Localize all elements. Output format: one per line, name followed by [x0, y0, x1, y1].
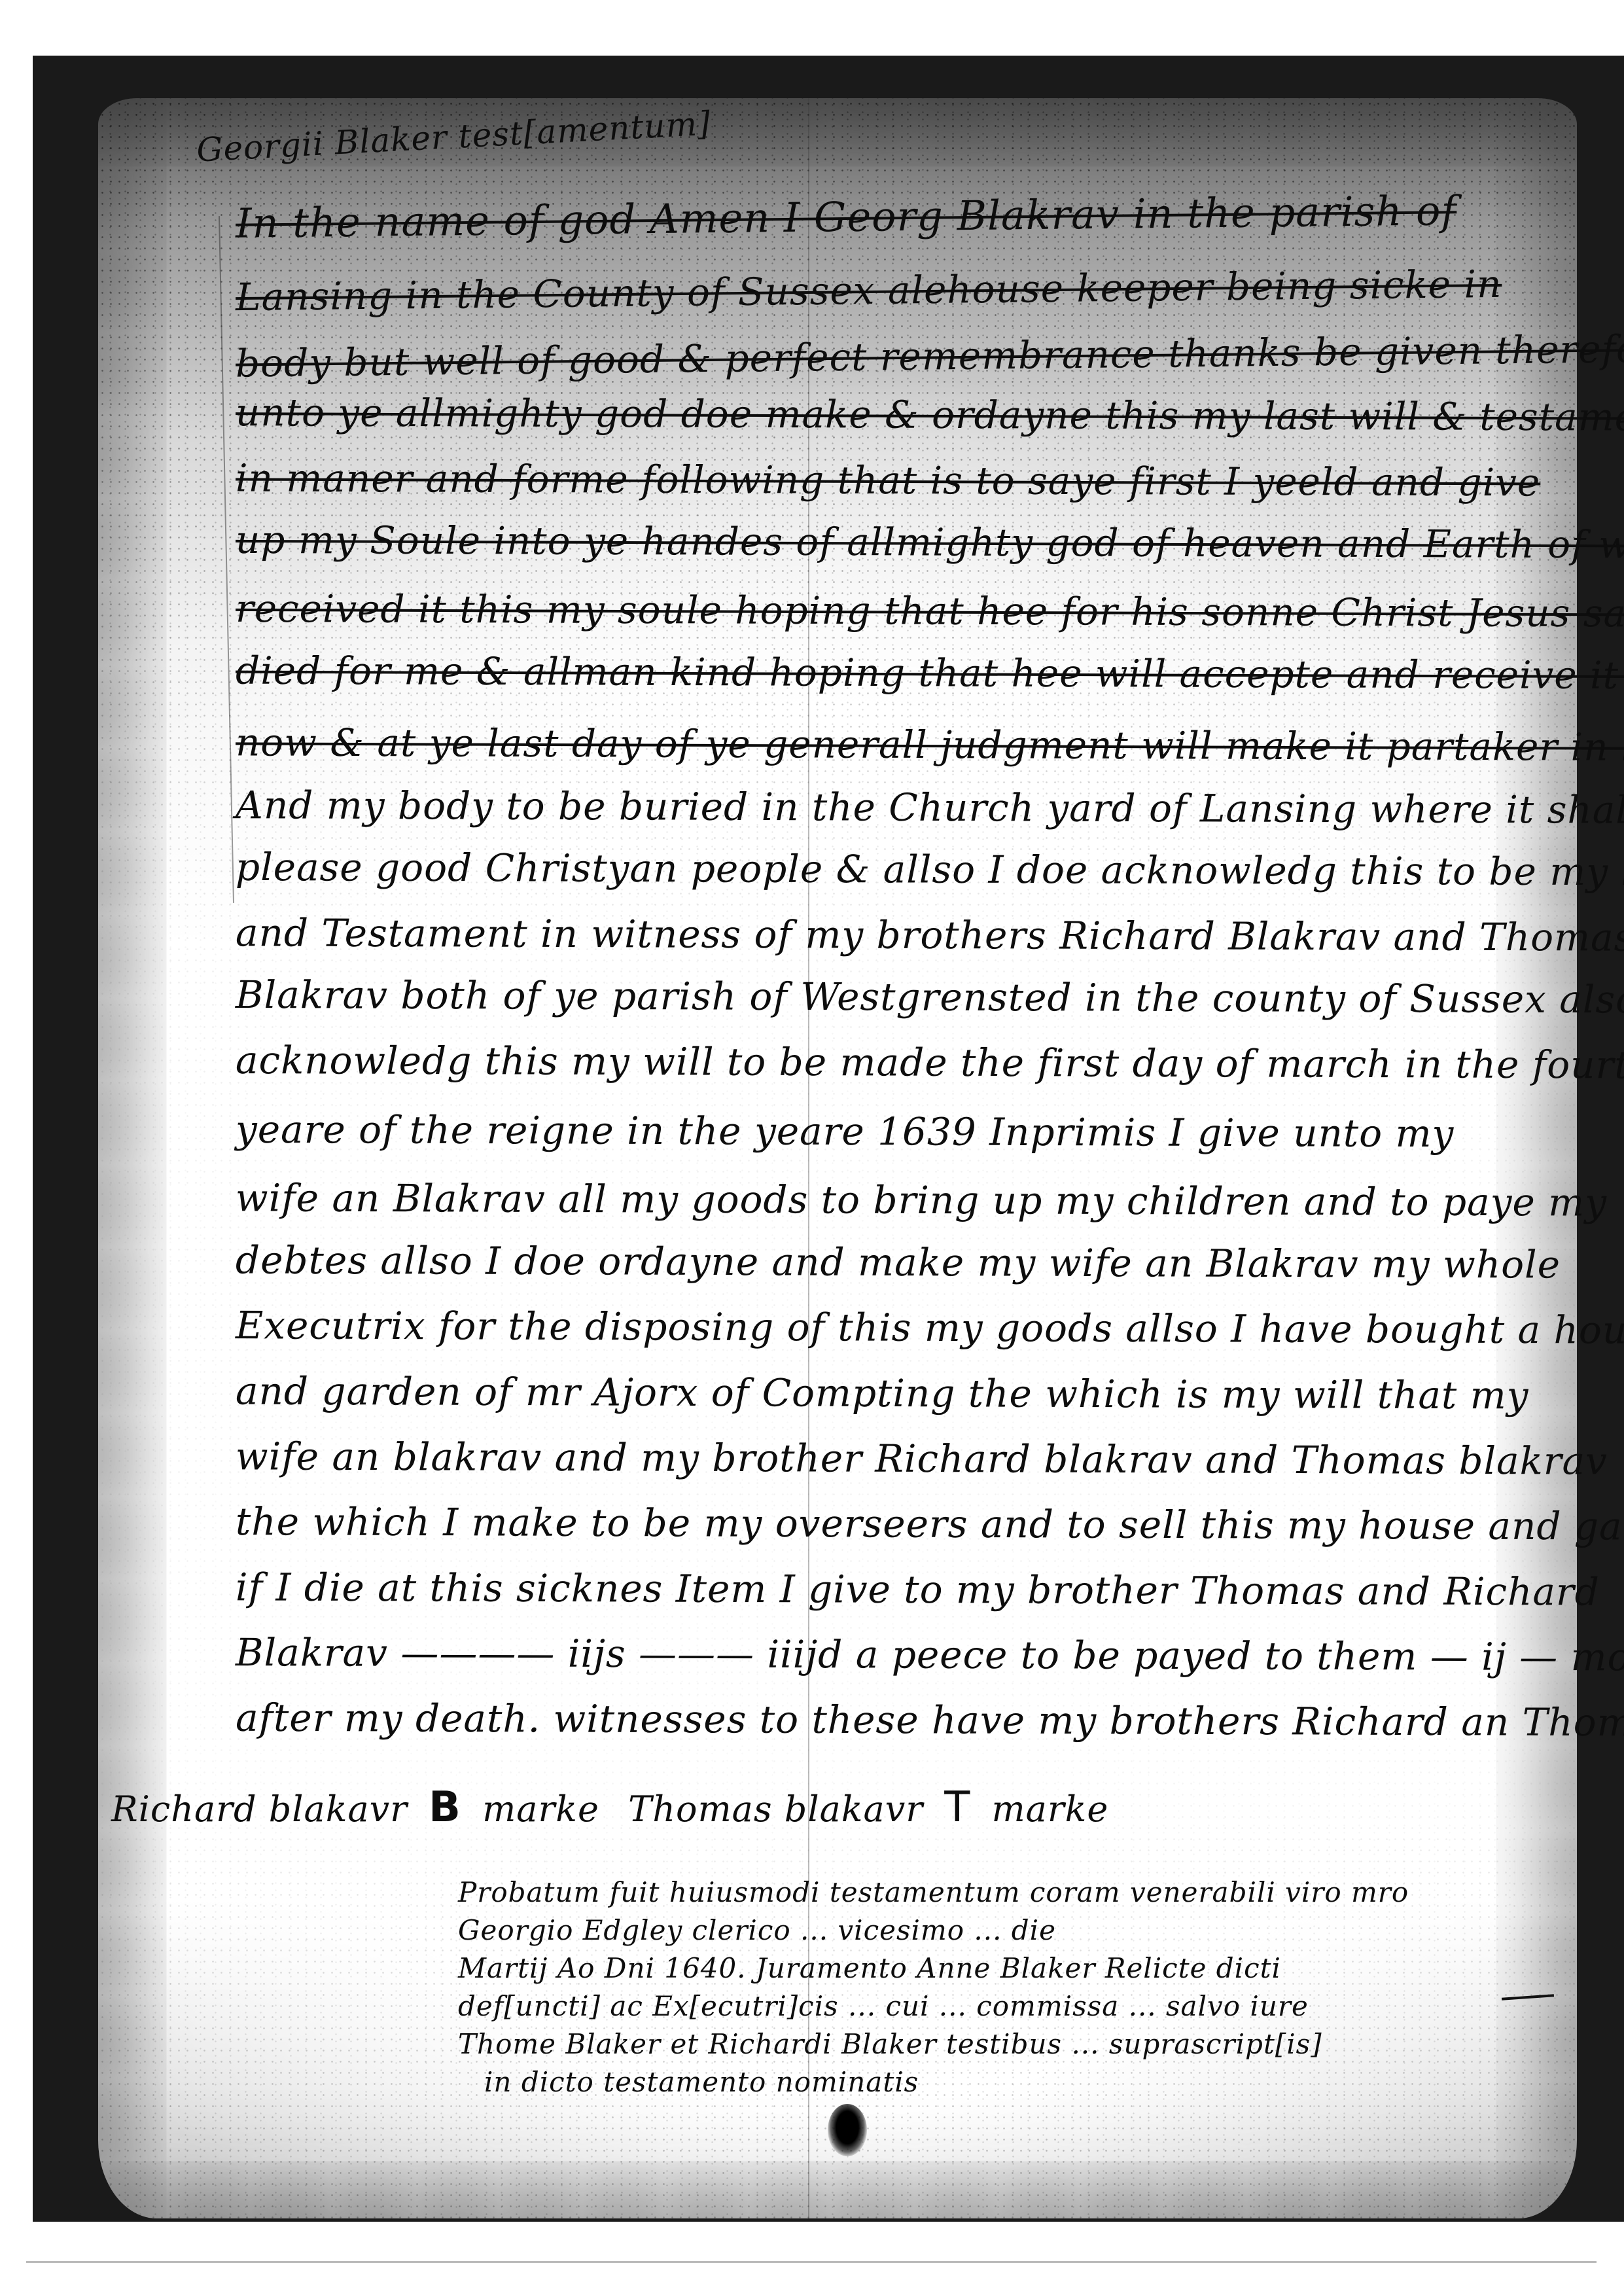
probate-line-3: Martij Ao Dni 1640. Juramento Anne Blake… [458, 1948, 1518, 1989]
will-line-19: and garden of mr Ajorx of Compting the w… [236, 1369, 1529, 1418]
probate-line-4: def[uncti] ac Ex[ecutri]cis ... cui ... … [458, 1985, 1518, 2027]
probate-line-5: Thome Blaker et Richardi Blaker testibus… [458, 2023, 1518, 2065]
witness-1-name: Richard blakavr [111, 1788, 408, 1830]
will-line-24: after my death. witnesses to these have … [236, 1696, 1624, 1746]
will-line-22: if I die at this sicknes Item I give to … [236, 1565, 1600, 1614]
will-line-7: received it this my soule hoping that he… [236, 586, 1624, 636]
will-line-11: please good Christyan people & allso I d… [236, 845, 1624, 895]
witness-signatures: Richard blakavr B marke Thomas blakavr T… [111, 1783, 1108, 1832]
witness-1-mark: B [429, 1783, 461, 1832]
will-line-16: wife an Blakrav all my goods to bring up… [236, 1175, 1607, 1224]
will-line-6: up my Soule into ye handes of allmighty … [236, 518, 1624, 567]
will-line-9: now & at ye last day of ye generall judg… [236, 720, 1624, 770]
will-line-14: acknowledg this my will to be made the f… [236, 1038, 1624, 1088]
page-edge-rule [26, 2261, 1597, 2263]
will-line-20: wife an blakrav and my brother Richard b… [236, 1434, 1608, 1483]
will-line-10: And my body to be buried in the Church y… [236, 783, 1624, 832]
probate-line-1: Probatum fuit huiusmodi testamentum cora… [458, 1872, 1518, 1913]
probate-line-2: Georgio Edgley clerico ... vicesimo ... … [458, 1910, 1518, 1951]
witness-2-mark-label: marke [991, 1788, 1108, 1830]
witness-2-name: Thomas blakavr [628, 1788, 923, 1830]
will-line-13: Blakrav both of ye parish of Westgrenste… [236, 972, 1624, 1022]
will-line-8: died for me & allman kind hoping that he… [236, 649, 1624, 699]
will-line-18: Executrix for the disposing of this my g… [236, 1303, 1624, 1353]
witness-1-mark-label: marke [482, 1788, 599, 1830]
will-line-23: Blakrav ———— iijs ——— iiijd a peece to b… [236, 1630, 1624, 1680]
will-line-15: yeare of the reigne in the yeare 1639 In… [236, 1107, 1455, 1156]
witness-2-mark: T [944, 1783, 970, 1832]
will-line-5: in maner and forme following that is to … [236, 456, 1541, 505]
will-line-12: and Testament in witness of my brothers … [236, 910, 1624, 959]
will-line-21: the which I make to be my overseers and … [236, 1499, 1624, 1549]
ink-blot [828, 2104, 867, 2156]
probate-line-6: in dicto testamento nominatis [484, 2061, 1544, 2103]
will-line-4: unto ye allmighty god doe make & ordayne… [236, 390, 1624, 440]
will-line-17: debtes allso I doe ordayne and make my w… [236, 1237, 1561, 1287]
